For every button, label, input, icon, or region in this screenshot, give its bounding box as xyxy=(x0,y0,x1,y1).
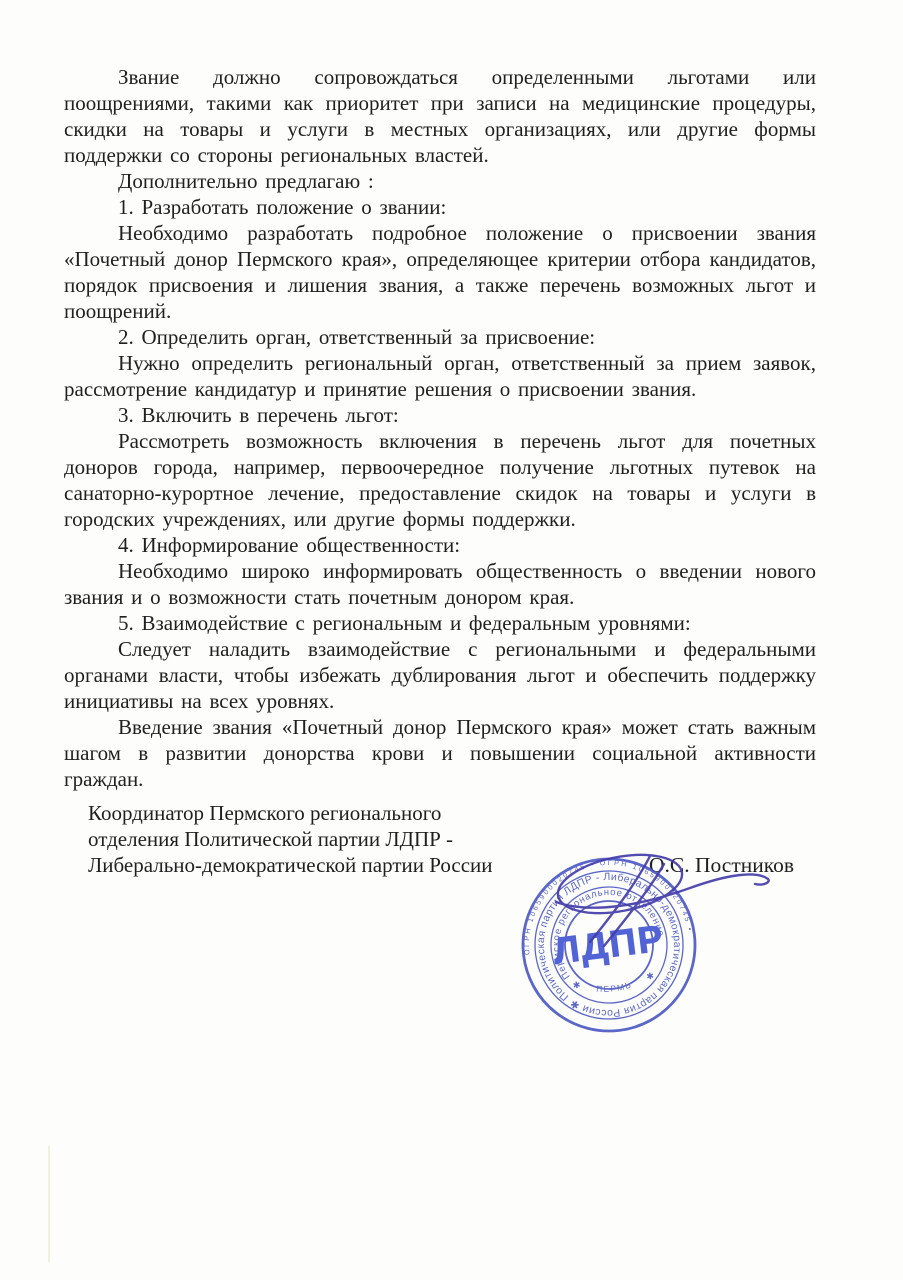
list-item-1-body: Необходимо разработать подробное положен… xyxy=(64,220,816,324)
list-item-3-title: 3. Включить в перечень льгот: xyxy=(64,402,816,428)
paragraph-conclusion: Введение звания «Почетный донор Пермског… xyxy=(64,714,816,792)
scanned-letter-page: Звание должно сопровождаться определенны… xyxy=(0,0,903,1280)
stamp-party-ring-text: Политическая партия ЛДПР - Либерально-де… xyxy=(528,864,691,1027)
stamp-circle-2 xyxy=(527,863,692,1028)
list-item-2-title: 2. Определить орган, ответственный за пр… xyxy=(64,324,816,350)
list-item-5-body: Следует наладить взаимодействие с регион… xyxy=(64,636,816,714)
stamp-circle-3 xyxy=(544,880,673,1009)
signer-title-line-1: Координатор Пермского регионального xyxy=(88,800,493,826)
scan-artifact-line xyxy=(48,1146,50,1262)
stamp-star-right: ✱ xyxy=(646,971,655,982)
stamp-center-ldpr-text: ЛДПР xyxy=(551,917,667,971)
stamp-city-text: ПЕРМЬ xyxy=(595,979,634,995)
signature-tail xyxy=(556,874,769,907)
stamp-regional-ring-text: Пермское региональное отделение xyxy=(544,880,670,982)
list-item-4-title: 4. Информирование общественности: xyxy=(64,532,816,558)
signer-name: О.С. Постников xyxy=(649,852,816,878)
paragraph-benefits: Звание должно сопровождаться определенны… xyxy=(64,64,816,168)
list-item-2-body: Нужно определить региональный орган, отв… xyxy=(64,350,816,402)
signer-title: Координатор Пермского регионального отде… xyxy=(88,800,493,878)
letter-body: Звание должно сопровождаться определенны… xyxy=(64,64,816,878)
list-item-1-title: 1. Разработать положение о звании: xyxy=(64,194,816,220)
signature-block: Координатор Пермского регионального отде… xyxy=(64,800,816,878)
stamp-inner-circle xyxy=(560,896,658,994)
list-item-5-title: 5. Взаимодействие с региональным и федер… xyxy=(64,610,816,636)
paragraph-additional-intro: Дополнительно предлагаю : xyxy=(64,168,816,194)
list-item-3-body: Рассмотреть возможность включения в пере… xyxy=(64,428,816,532)
stamp-star-left: ✱ xyxy=(572,980,581,991)
list-item-4-body: Необходимо широко информировать обществе… xyxy=(64,558,816,610)
signer-title-line-3: Либерально-демократической партии России xyxy=(88,852,493,878)
signer-title-line-2: отделения Политической партии ЛДПР - xyxy=(88,826,493,852)
